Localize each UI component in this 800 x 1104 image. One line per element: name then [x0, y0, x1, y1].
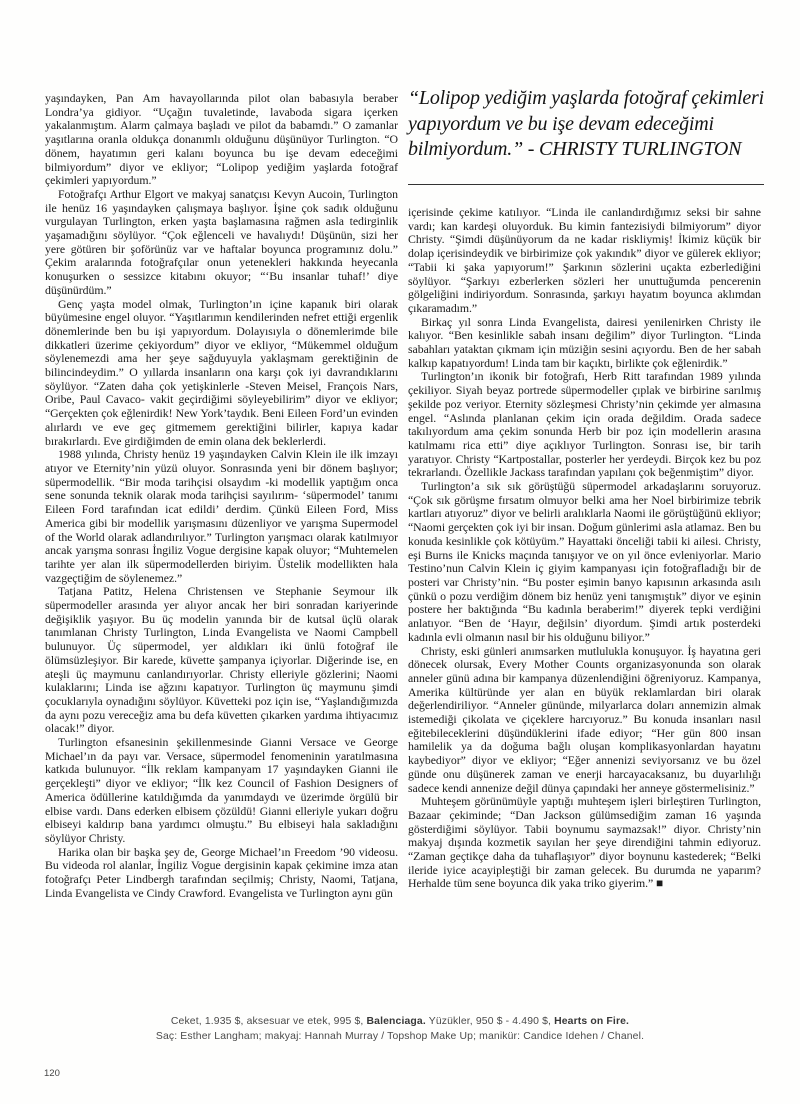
- article-paragraph: içerisinde çekime katılıyor. “Linda ile …: [408, 206, 761, 316]
- fashion-credits: Ceket, 1.935 $, aksesuar ve etek, 995 $,…: [0, 1015, 800, 1044]
- magazine-page: “Lolipop yediğim yaşlarda fotoğraf çekim…: [0, 0, 800, 1104]
- article-right-column: içerisinde çekime katılıyor. “Linda ile …: [408, 206, 761, 891]
- pull-quote-attribution: - CHRISTY TURLINGTON: [523, 138, 741, 160]
- pull-quote-divider: [408, 184, 764, 185]
- article-paragraph: Genç yaşta model olmak, Turlington’ın iç…: [45, 298, 398, 449]
- article-paragraph: Turlington’a sık sık görüştüğü süpermode…: [408, 480, 761, 644]
- credit-brand: Balenciaga.: [366, 1016, 425, 1027]
- article-paragraph: 1988 yılında, Christy henüz 19 yaşındayk…: [45, 448, 398, 585]
- credit-text: Ceket, 1.935 $, aksesuar ve etek, 995 $,: [171, 1016, 367, 1027]
- article-paragraph: Turlington’ın ikonik bir fotoğrafı, Herb…: [408, 370, 761, 480]
- article-paragraph: Harika olan bir başka şey de, George Mic…: [45, 846, 398, 901]
- pull-quote: “Lolipop yediğim yaşlarda fotoğraf çekim…: [408, 86, 766, 163]
- article-left-column: yaşındayken, Pan Am havayollarında pilot…: [45, 92, 398, 900]
- article-paragraph: Turlington efsanesinin şekillenmesinde G…: [45, 736, 398, 846]
- credit-text: Yüzükler, 950 $ - 4.490 $,: [426, 1016, 554, 1027]
- credit-line-team: Saç: Esther Langham; makyaj: Hannah Murr…: [0, 1030, 800, 1045]
- credit-brand: Hearts on Fire.: [554, 1016, 629, 1027]
- article-paragraph: Christy, eski günleri anımsarken mutlulu…: [408, 645, 761, 796]
- article-paragraph: Tatjana Patitz, Helena Christensen ve St…: [45, 585, 398, 736]
- article-paragraph: yaşındayken, Pan Am havayollarında pilot…: [45, 92, 398, 188]
- article-paragraph: Birkaç yıl sonra Linda Evangelista, dair…: [408, 316, 761, 371]
- page-number: 120: [44, 1068, 60, 1079]
- article-paragraph: Muhteşem görünümüyle yaptığı muhteşem iş…: [408, 795, 761, 891]
- article-paragraph: Fotoğrafçı Arthur Elgort ve makyaj sanat…: [45, 188, 398, 298]
- credit-line-prices: Ceket, 1.935 $, aksesuar ve etek, 995 $,…: [0, 1015, 800, 1030]
